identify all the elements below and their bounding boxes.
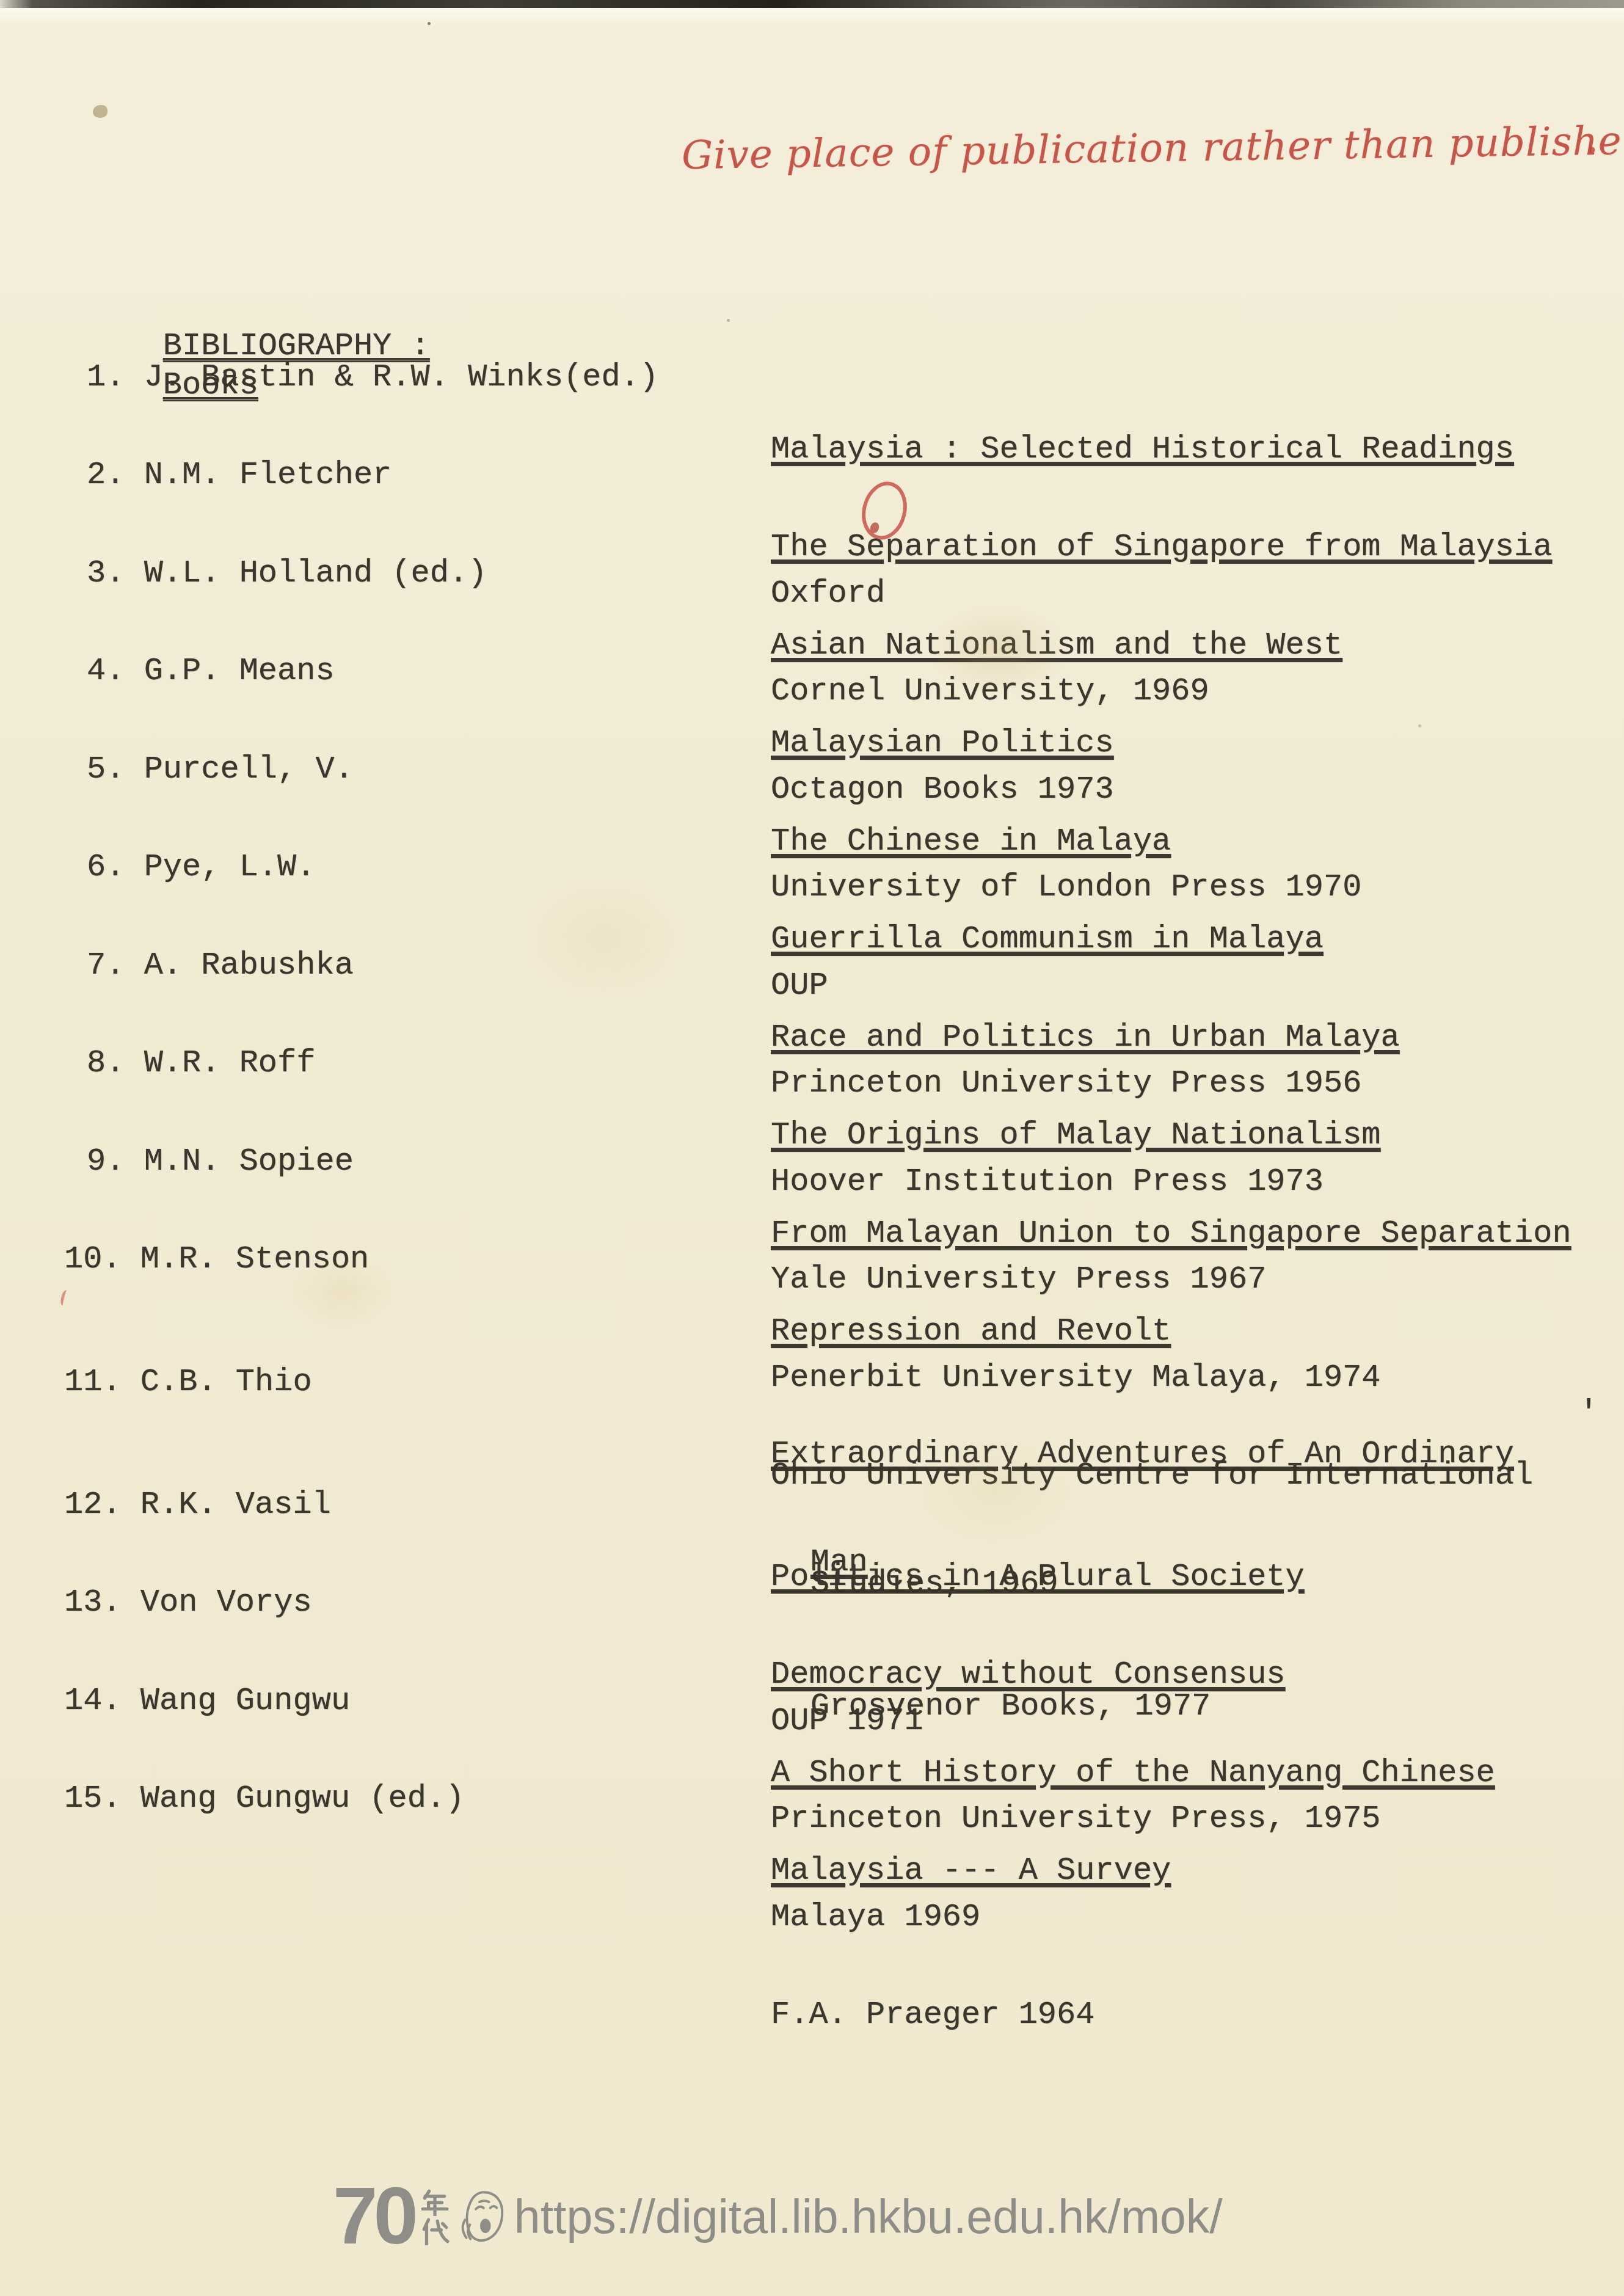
entry-number: 12. bbox=[64, 1487, 122, 1523]
entry-author-text: Pye, L.W. bbox=[144, 849, 316, 885]
watermark-70-logo: 70 bbox=[333, 2185, 414, 2247]
entry-author-text: C.B. Thio bbox=[140, 1364, 312, 1400]
entry-author-text: Wang Gungwu bbox=[140, 1683, 350, 1719]
entry-author bbox=[125, 947, 144, 983]
entry-author bbox=[125, 457, 144, 493]
entry-publisher-line1: F.A. Praeger 1964 bbox=[771, 1997, 1606, 2033]
entry-number: 9. bbox=[87, 1143, 125, 1179]
entry-number: 6. bbox=[87, 849, 125, 885]
entry-author bbox=[125, 555, 144, 591]
dust-speck bbox=[1418, 724, 1421, 727]
scanned-bibliography-page: Give place of publication rather than pu… bbox=[0, 0, 1624, 2296]
watermark-face-stamp-icon bbox=[453, 2188, 507, 2247]
bibliography-entry: 15. Wang Gungwu (ed.) Malaysia --- A Sur… bbox=[0, 1780, 1624, 1925]
entry-author bbox=[122, 1780, 140, 1817]
entry-number: 13. bbox=[64, 1584, 122, 1620]
entry-author-line: 15. Wang Gungwu (ed.) bbox=[64, 1780, 464, 1817]
entry-author-text: A. Rabushka bbox=[144, 947, 354, 983]
entry-author bbox=[122, 1241, 140, 1277]
paper-blemish bbox=[93, 105, 107, 118]
entry-author bbox=[122, 1487, 140, 1523]
entry-author bbox=[122, 1683, 140, 1719]
entry-author-text: M.N. Sopiee bbox=[144, 1143, 354, 1179]
entry-author-text: R.K. Vasil bbox=[140, 1487, 331, 1523]
entry-author bbox=[122, 1364, 140, 1400]
scanner-edge-strip bbox=[0, 0, 1624, 8]
handwritten-annotation: Give place of publication rather than pu… bbox=[682, 118, 1624, 179]
entry-author-line: 9. M.N. Sopiee bbox=[87, 1143, 354, 1179]
entry-number: 8. bbox=[87, 1045, 125, 1081]
entry-author bbox=[125, 1143, 144, 1179]
entry-author-line: 7. A. Rabushka bbox=[87, 947, 354, 983]
entry-author-line: 5. Purcell, V. bbox=[87, 751, 354, 787]
entry-title-line1: Repression and Revolt bbox=[771, 1313, 1606, 1349]
red-correction-circle-icon bbox=[856, 480, 912, 544]
watermark: 70 https://digital.lib.hkbu.edu.hk/mok/ bbox=[333, 2179, 1223, 2247]
stray-apostrophe-mark: ' bbox=[1579, 1395, 1598, 1432]
watermark-url: https://digital.lib.hkbu.edu.hk/mok/ bbox=[514, 2188, 1223, 2247]
entry-number: 1. bbox=[87, 359, 125, 395]
entry-author bbox=[125, 751, 144, 787]
entry-number: 2. bbox=[87, 457, 125, 493]
entry-author-line: 14. Wang Gungwu bbox=[64, 1683, 350, 1719]
logo-cjk-nian-icon bbox=[419, 2188, 450, 2216]
handwritten-annotation-mark: . bbox=[1586, 120, 1598, 161]
entry-author-text: Wang Gungwu (ed.) bbox=[140, 1780, 465, 1817]
entry-author bbox=[125, 1045, 144, 1081]
entry-number: 3. bbox=[87, 555, 125, 591]
entry-author-text: W.L. Holland (ed.) bbox=[144, 555, 487, 591]
entry-author-text: Purcell, V. bbox=[144, 751, 354, 787]
entry-author bbox=[125, 653, 144, 689]
entry-author-line: 3. W.L. Holland (ed.) bbox=[87, 555, 487, 591]
entry-number: 5. bbox=[87, 751, 125, 787]
entry-author-text: N.M. Fletcher bbox=[144, 457, 392, 493]
dust-speck bbox=[727, 319, 730, 322]
entry-author-line: 10. M.R. Stenson bbox=[64, 1241, 369, 1277]
entry-author-text: W.R. Roff bbox=[144, 1045, 316, 1081]
entry-author-line: 2. N.M. Fletcher bbox=[87, 457, 391, 493]
entry-author bbox=[125, 849, 144, 885]
entry-author-line: 8. W.R. Roff bbox=[87, 1045, 316, 1081]
entry-author-line: 6. Pye, L.W. bbox=[87, 849, 316, 885]
entry-publication: Malaysia --- A Survey F.A. Praeger 1964 bbox=[771, 1780, 1606, 2141]
entry-title-line1: Malaysia --- A Survey bbox=[771, 1853, 1606, 1889]
entry-number: 14. bbox=[64, 1683, 122, 1719]
scanner-edge-fade bbox=[0, 8, 1624, 26]
entry-author-text: Von Vorys bbox=[140, 1584, 312, 1620]
entry-number: 15. bbox=[64, 1780, 122, 1817]
entry-author-text: M.R. Stenson bbox=[140, 1241, 369, 1277]
entry-author-line: 11. C.B. Thio bbox=[64, 1364, 312, 1400]
entry-author-line: 1. J. Bastin & R.W. Winks(ed.) bbox=[87, 359, 658, 395]
entry-title-line1: Extraordinary Adventures of An Ordinary bbox=[771, 1436, 1606, 1472]
entry-number: 4. bbox=[87, 653, 125, 689]
entry-author bbox=[122, 1584, 140, 1620]
entry-author-line: 4. G.P. Means bbox=[87, 653, 335, 689]
entry-author-text: J. Bastin & R.W. Winks(ed.) bbox=[144, 359, 659, 395]
entry-author-text: G.P. Means bbox=[144, 653, 335, 689]
entry-author-line: 12. R.K. Vasil bbox=[64, 1487, 331, 1523]
entry-number: 11. bbox=[64, 1364, 122, 1400]
entry-author bbox=[125, 359, 144, 395]
watermark-cjk-stack bbox=[419, 2188, 450, 2245]
entry-author-line: 13. Von Vorys bbox=[64, 1584, 312, 1620]
logo-cjk-dai-icon bbox=[419, 2217, 450, 2245]
dust-speck bbox=[428, 22, 431, 25]
entry-number: 7. bbox=[87, 947, 125, 983]
entry-number: 10. bbox=[64, 1241, 122, 1277]
